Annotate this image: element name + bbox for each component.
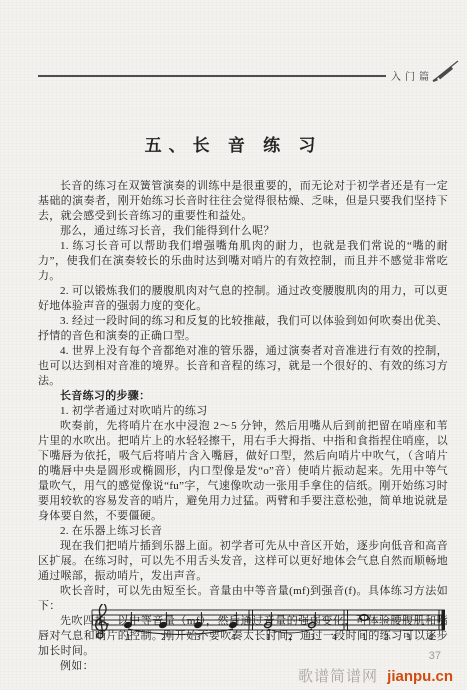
paragraph: 2. 可以锻炼我们的腰腹肌肉对气息的控制。通过改变腰腹肌肉的用力，可以更好地体验… <box>38 284 448 314</box>
count-number: 4 <box>231 633 236 642</box>
count-number: 1 <box>266 633 271 642</box>
paragraph: 那么，通过练习长音，我们能得到什么呢？ <box>38 224 448 239</box>
measure-1: 1 2 3 4 <box>124 612 237 642</box>
count-number: 3 <box>310 633 315 642</box>
measure-3: 1 2 3 4 <box>360 615 433 642</box>
count-number: 1 <box>126 633 131 642</box>
count-number: 2 <box>161 633 166 642</box>
count-number: 4 <box>428 633 433 642</box>
steps-heading: 长音练习的步骤： <box>38 389 448 404</box>
count-number: 2 <box>384 633 389 642</box>
measure-2: 1 2 3 4 <box>264 612 337 642</box>
count-number: 1 <box>362 633 367 642</box>
final-barline-thick <box>442 610 446 630</box>
treble-clef-icon <box>96 604 107 638</box>
body-text: 长音的练习在双簧管演奏的训练中是很重要的，而无论对于初学者还是有一定基础的演奏者… <box>38 179 448 674</box>
pen-icon <box>430 58 462 84</box>
paragraph: 吹奏前，先将哨片在水中浸泡 2～5 分钟，然后用嘴从后到前把留在哨座和苇片里的水… <box>38 419 448 524</box>
count-number: 3 <box>196 633 201 642</box>
watermark: 歌谱简谱网 jianpu.cn <box>298 665 453 686</box>
subheading-reed-practice: 1. 初学者通过对吹哨片的练习 <box>38 404 448 419</box>
paragraph: 4. 世界上没有每个音都绝对准的管乐器，通过演奏者对音准进行有效的控制，也可以达… <box>38 344 448 389</box>
paragraph: 1. 练习长音可以帮助我们增强嘴角肌肉的耐力，也就是我们常说的“嘴的耐力”，使我… <box>38 239 448 284</box>
header-rule <box>38 75 386 77</box>
count-number: 4 <box>332 633 337 642</box>
book-page: 入门篇 五、长 音 练 习 长音的练习在双簧管演奏的训练中是很重要的，而无论对于… <box>0 0 467 690</box>
page-title: 五、长 音 练 习 <box>0 131 467 156</box>
subheading-instrument-practice: 2. 在乐器上练习长音 <box>38 524 448 539</box>
watermark-url: jianpu.cn <box>387 668 453 685</box>
section-label: 入门篇 <box>391 68 433 83</box>
music-notation: 1 2 3 4 1 2 3 4 1 2 3 <box>88 604 450 650</box>
page-number: 37 <box>429 650 441 662</box>
watermark-site-name: 歌谱简谱网 <box>298 668 378 685</box>
paragraph: 现在我们把哨片插到乐器上面。初学者可先从中音区开始，逐步向低音和高音区扩展。在练… <box>38 539 448 584</box>
paragraph: 3. 经过一段时间的练习和反复的比较推敲，我们可以体验到如何吹奏出优美、抒情的音… <box>38 314 448 344</box>
paragraph: 长音的练习在双簧管演奏的训练中是很重要的，而无论对于初学者还是有一定基础的演奏者… <box>38 179 448 224</box>
count-number: 3 <box>406 633 411 642</box>
count-number: 2 <box>288 633 293 642</box>
